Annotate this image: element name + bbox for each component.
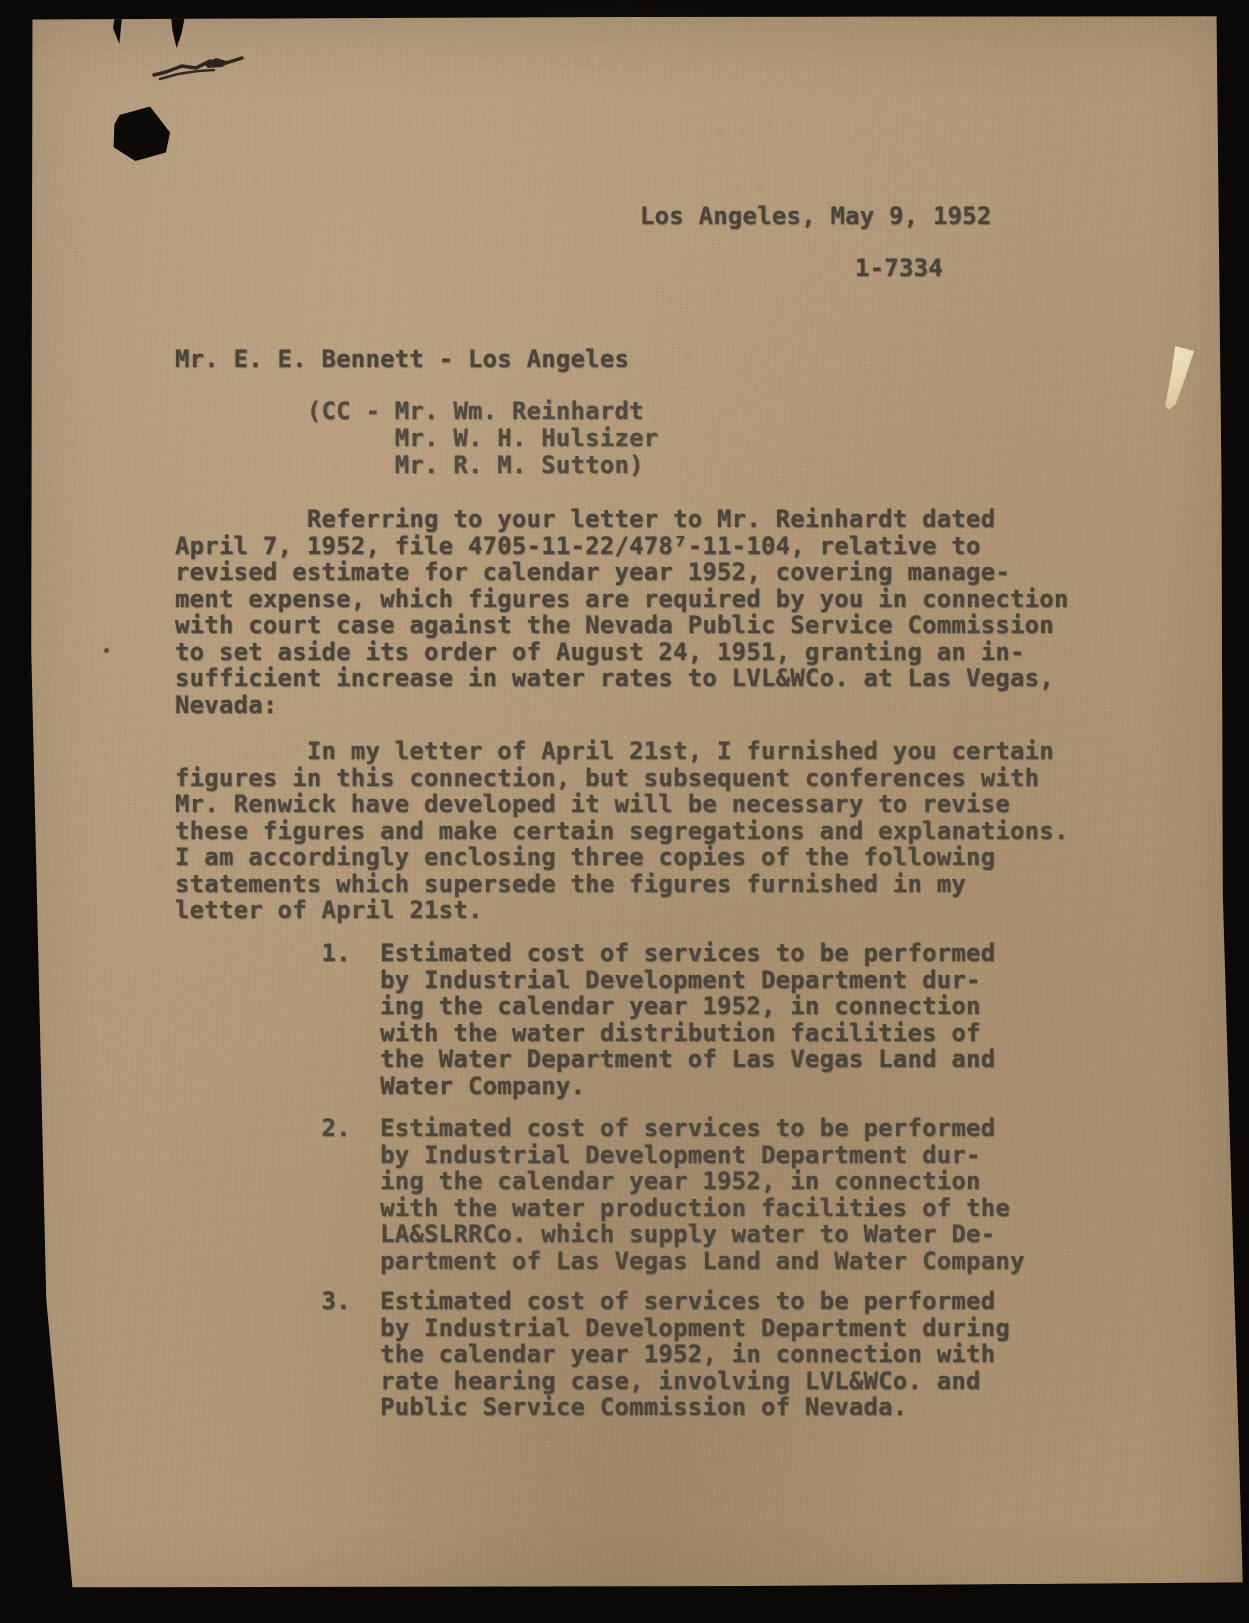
paper-chip — [1158, 346, 1194, 410]
list-item-2: 2. Estimated cost of services to be perf… — [175, 1115, 1025, 1274]
paragraph-1: Referring to your letter to Mr. Reinhard… — [175, 506, 1069, 718]
paragraph-2: In my letter of April 21st, I furnished … — [175, 738, 1069, 924]
punch-hole — [109, 104, 174, 164]
pencil-scribble — [152, 48, 248, 88]
addressee-line: Mr. E. E. Bennett - Los Angeles — [175, 346, 629, 373]
letter-paper: Los Angeles, May 9, 1952 1-7334 Mr. E. E… — [0, 0, 1249, 1623]
scan-backdrop: Los Angeles, May 9, 1952 1-7334 Mr. E. E… — [0, 0, 1249, 1623]
cc-block: (CC - Mr. Wm. Reinhardt Mr. W. H. Hulsiz… — [175, 398, 658, 479]
file-number: 1-7334 — [855, 255, 943, 282]
paper-tear-right — [171, 16, 185, 48]
paper-tear-left — [113, 17, 122, 44]
ink-speck — [104, 648, 109, 653]
list-item-1: 1. Estimated cost of services to be perf… — [175, 940, 995, 1099]
list-item-3: 3. Estimated cost of services to be perf… — [175, 1288, 1010, 1421]
dateline: Los Angeles, May 9, 1952 — [640, 203, 992, 230]
